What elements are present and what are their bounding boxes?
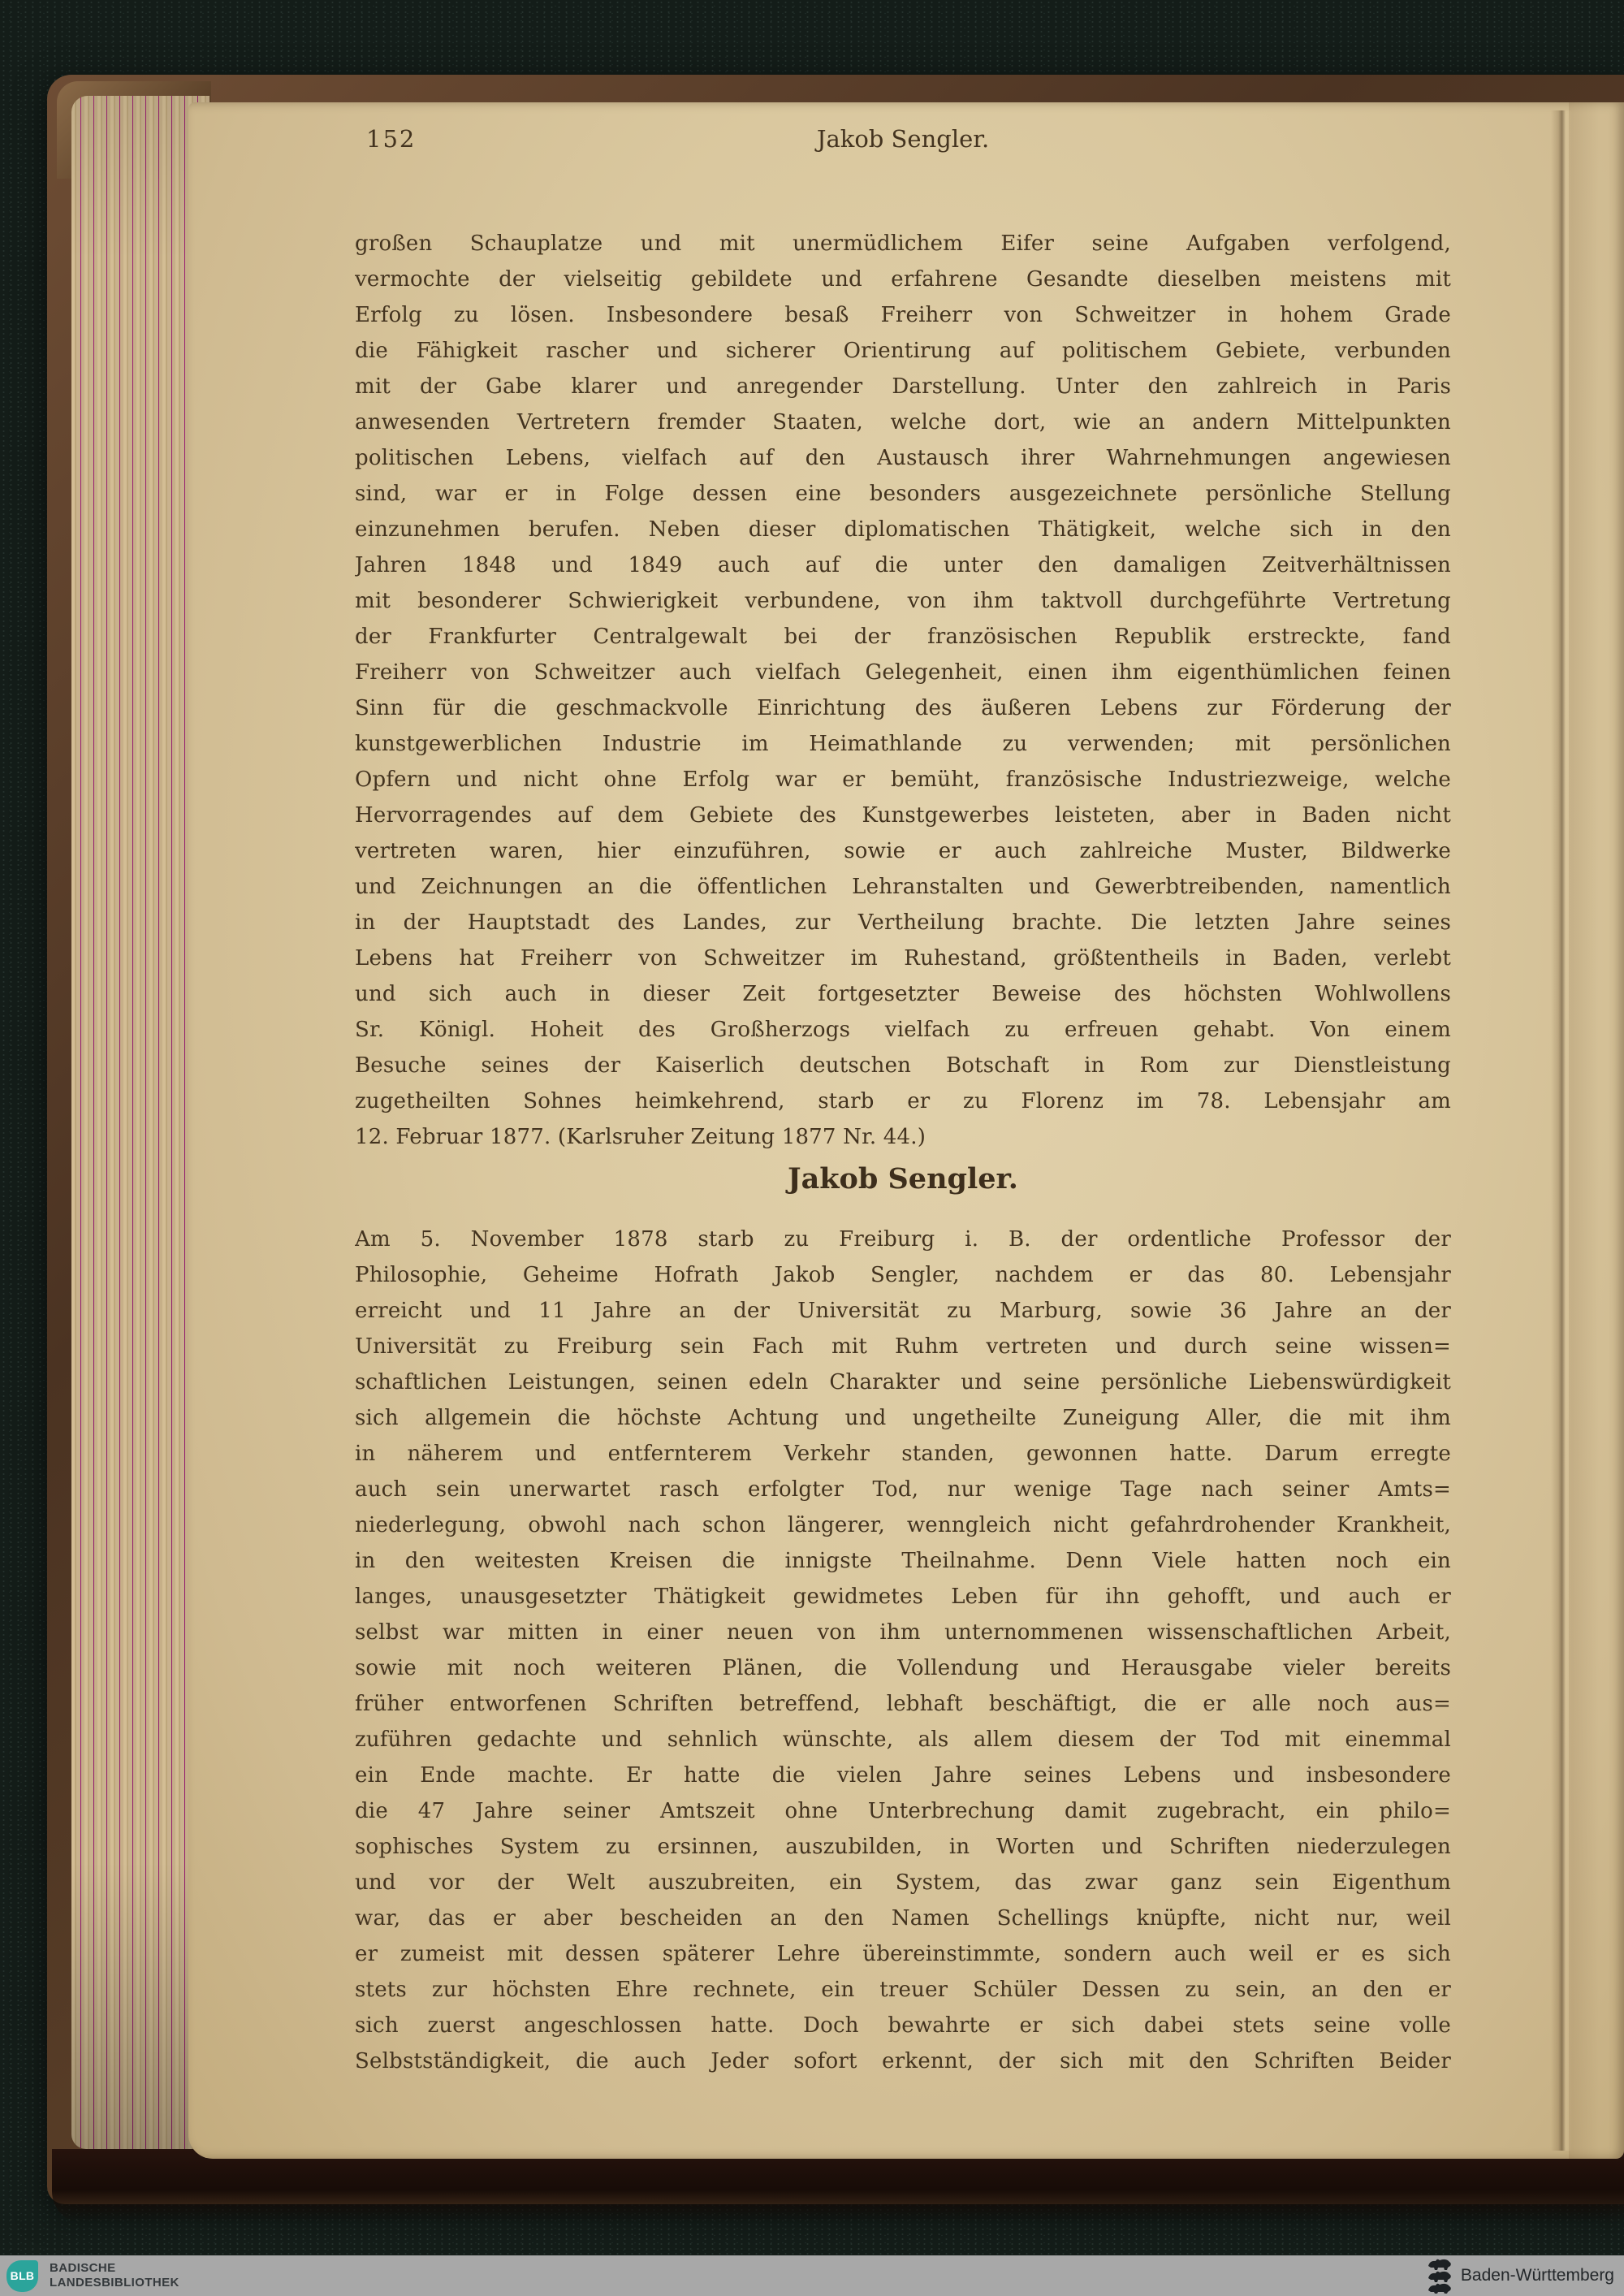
text-line: sophisches System zu ersinnen, auszubild…: [355, 1829, 1451, 1865]
text-line: und Zeichnungen an die öffentlichen Lehr…: [355, 869, 1451, 905]
gutter-shading: [1569, 102, 1624, 2159]
text-line: war, das er aber bescheiden an den Namen…: [355, 1900, 1451, 1936]
running-title: Jakob Sengler.: [817, 125, 989, 153]
text-line: Opfern und nicht ohne Erfolg war er bemü…: [355, 762, 1451, 798]
section-heading-jakob-sengler: Jakob Sengler.: [355, 1160, 1451, 1199]
paragraph-sengler: Am 5. November 1878 starb zu Freiburg i.…: [355, 1222, 1451, 2079]
text-line: sowie mit noch weiteren Plänen, die Voll…: [355, 1650, 1451, 1686]
text-line: Hervorragendes auf dem Gebiete des Kunst…: [355, 798, 1451, 833]
text-line: früher entworfenen Schriften betreffend,…: [355, 1686, 1451, 1722]
library-branding-left: BLB BADISCHE LANDESBIBLIOTHEK: [0, 2260, 179, 2292]
text-line: sind, war er in Folge dessen eine besond…: [355, 476, 1451, 512]
text-line: ein Ende machte. Er hatte die vielen Jah…: [355, 1758, 1451, 1793]
book-bottom-shadow: [52, 2149, 1624, 2224]
text-line: der Frankfurter Centralgewalt bei der fr…: [355, 619, 1451, 655]
text-line: Selbstständigkeit, die auch Jeder sofort…: [355, 2043, 1451, 2079]
text-line: Philosophie, Geheime Hofrath Jakob Sengl…: [355, 1257, 1451, 1293]
library-name-line2: LANDESBIBLIOTHEK: [50, 2276, 179, 2290]
text-line: Freiherr von Schweitzer auch vielfach Ge…: [355, 655, 1451, 690]
library-name-line1: BADISCHE: [50, 2261, 179, 2276]
running-head: 152 Jakob Sengler.: [355, 123, 1451, 154]
text-line: Besuche seines der Kaiserlich deutschen …: [355, 1048, 1451, 1083]
text-line: Sr. Königl. Hoheit des Großherzogs vielf…: [355, 1012, 1451, 1048]
text-line: erreicht und 11 Jahre an der Universität…: [355, 1293, 1451, 1329]
text-line: die 47 Jahre seiner Amtszeit ohne Unterb…: [355, 1793, 1451, 1829]
baden-wuerttemberg-lions-icon: [1427, 2258, 1453, 2294]
library-branding-bar: BLB BADISCHE LANDESBIBLIOTHEK Baden-Würt…: [0, 2255, 1624, 2296]
text-line: vertreten waren, hier einzuführen, sowie…: [355, 833, 1451, 869]
text-line: Am 5. November 1878 starb zu Freiburg i.…: [355, 1222, 1451, 1257]
text-line: mit besonderer Schwierigkeit verbundene,…: [355, 583, 1451, 619]
gutter-crease: [1551, 110, 1572, 2151]
text-line: Lebens hat Freiherr von Schweitzer im Ru…: [355, 940, 1451, 976]
text-line: in näherem und entfernterem Verkehr stan…: [355, 1436, 1451, 1472]
text-line: in der Hauptstadt des Landes, zur Verthe…: [355, 905, 1451, 940]
text-line: Universität zu Freiburg sein Fach mit Ru…: [355, 1329, 1451, 1364]
text-line: politischen Lebens, vielfach auf den Aus…: [355, 440, 1451, 476]
text-line: Jahren 1848 und 1849 auch auf die unter …: [355, 547, 1451, 583]
text-line: er zumeist mit dessen späterer Lehre übe…: [355, 1936, 1451, 1972]
text-line: Sinn für die geschmackvolle Einrichtung …: [355, 690, 1451, 726]
text-line: sich allgemein die höchste Achtung und u…: [355, 1400, 1451, 1436]
scanned-page: 152 Jakob Sengler. großen Schauplatze un…: [188, 102, 1624, 2159]
text-line: selbst war mitten in einer neuen von ihm…: [355, 1615, 1451, 1650]
text-line: vermochte der vielseitig gebildete und e…: [355, 262, 1451, 297]
book-scan-viewer: 152 Jakob Sengler. großen Schauplatze un…: [0, 0, 1624, 2296]
text-line: zuführen gedachte und sehnlich wünschte,…: [355, 1722, 1451, 1758]
text-line: auch sein unerwartet rasch erfolgter Tod…: [355, 1472, 1451, 1507]
text-line: einzunehmen berufen. Neben dieser diplom…: [355, 512, 1451, 547]
text-line: mit der Gabe klarer und anregender Darst…: [355, 369, 1451, 404]
text-line: in den weitesten Kreisen die innigste Th…: [355, 1543, 1451, 1579]
text-line: und vor der Welt auszubreiten, ein Syste…: [355, 1865, 1451, 1900]
blb-logo-icon: BLB: [6, 2260, 38, 2292]
text-line: die Fähigkeit rascher und sicherer Orien…: [355, 333, 1451, 369]
text-line: großen Schauplatze und mit unermüdlichem…: [355, 226, 1451, 262]
text-line: zugetheilten Sohnes heimkehrend, starb e…: [355, 1083, 1451, 1119]
text-line: kunstgewerblichen Industrie im Heimathla…: [355, 726, 1451, 762]
page-number: 152: [366, 123, 416, 154]
text-line: und sich auch in dieser Zeit fortgesetzt…: [355, 976, 1451, 1012]
state-name: Baden-Württemberg: [1461, 2266, 1614, 2285]
text-line: Erfolg zu lösen. Insbesondere besaß Frei…: [355, 297, 1451, 333]
text-line: sich zuerst angeschlossen hatte. Doch be…: [355, 2008, 1451, 2043]
text-line: langes, unausgesetzter Thätigkeit gewidm…: [355, 1579, 1451, 1615]
text-line: stets zur höchsten Ehre rechnete, ein tr…: [355, 1972, 1451, 2008]
text-line: anwesenden Vertretern fremder Staaten, w…: [355, 404, 1451, 440]
library-name: BADISCHE LANDESBIBLIOTHEK: [50, 2261, 179, 2290]
state-branding-right: Baden-Württemberg: [1427, 2258, 1624, 2294]
text-line: schaftlichen Leistungen, seinen edeln Ch…: [355, 1364, 1451, 1400]
text-line: niederlegung, obwohl nach schon längerer…: [355, 1507, 1451, 1543]
paragraph-schweitzer: großen Schauplatze und mit unermüdlichem…: [355, 226, 1451, 1155]
text-line: 12. Februar 1877. (Karlsruher Zeitung 18…: [355, 1119, 1451, 1155]
